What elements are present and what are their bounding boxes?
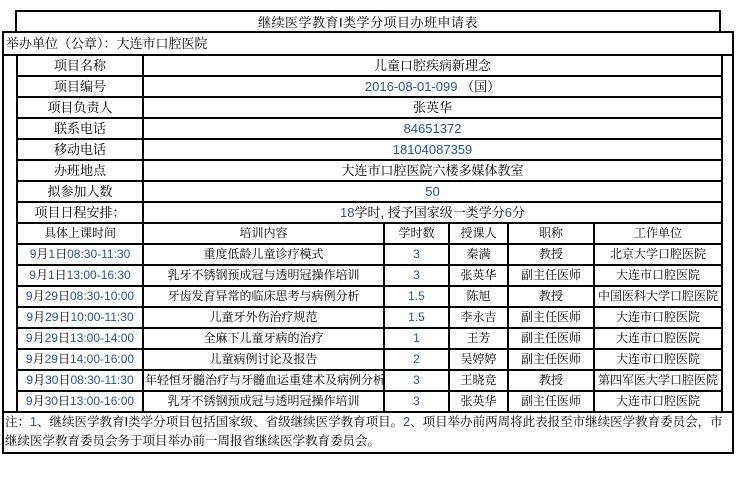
class-content: 乳牙不锈钢预成冠与透明冠操作培训 bbox=[143, 265, 384, 286]
field-row-contact-phone: 联系电话 84651372 bbox=[17, 118, 722, 139]
organizer-line: 举办单位（公章）：大连市口腔医院 bbox=[4, 33, 732, 56]
class-job-title: 教授 bbox=[508, 286, 594, 307]
schedule-row-1: 9月1日08:30-11:30 重度低龄儿童诊疗模式 3 秦满 教授 北京大学口… bbox=[17, 244, 722, 265]
class-time: 9月29日14:00-16:00 bbox=[17, 349, 143, 370]
class-hours: 3 bbox=[384, 244, 449, 265]
class-unit: 大连市口腔医院 bbox=[594, 265, 722, 286]
class-time: 9月29日10:00-11:30 bbox=[17, 307, 143, 328]
footnote: 注：1、继续医学教育Ⅰ类学分项目包括国家级、省级继续医学教育项目。2、项目举办前… bbox=[4, 411, 732, 452]
field-label: 项目名称 bbox=[17, 56, 143, 76]
class-hours: 1 bbox=[384, 328, 449, 349]
class-content: 儿童牙外伤治疗规范 bbox=[143, 307, 384, 328]
field-value: 18104087359 bbox=[143, 139, 722, 160]
class-job-title: 副主任医师 bbox=[508, 328, 594, 349]
field-label: 项目负责人 bbox=[17, 97, 143, 118]
application-form-page: { "title": "继续医学教育I类学分项目办班申请表", "organiz… bbox=[0, 0, 736, 485]
form-body: 举办单位（公章）：大连市口腔医院 项目名称 儿童口腔疾病新理念 项目编号 201… bbox=[2, 31, 734, 454]
class-time: 9月1日13:00-16:30 bbox=[17, 265, 143, 286]
class-content: 全麻下儿童牙病的治疗 bbox=[143, 328, 384, 349]
field-row-project-leader: 项目负责人 张英华 bbox=[17, 97, 722, 118]
class-hours: 1.5 bbox=[384, 286, 449, 307]
class-time: 9月30日08:30-11:30 bbox=[17, 370, 143, 391]
field-value: 儿童口腔疾病新理念 bbox=[143, 56, 722, 76]
class-teacher: 王芳 bbox=[449, 328, 508, 349]
field-value: 2016-08-01-099 （国） bbox=[143, 76, 722, 97]
class-teacher: 陈旭 bbox=[449, 286, 508, 307]
column-header-time: 具体上课时间 bbox=[17, 223, 143, 244]
class-job-title: 副主任医师 bbox=[508, 307, 594, 328]
field-row-expected-attendance: 拟参加人数 50 bbox=[17, 181, 722, 202]
class-unit: 第四军医大学口腔医院 bbox=[594, 370, 722, 391]
class-hours: 2 bbox=[384, 349, 449, 370]
schedule-row-2: 9月1日13:00-16:30 乳牙不锈钢预成冠与透明冠操作培训 3 张英华 副… bbox=[17, 265, 722, 286]
class-time: 9月29日13:00-14:00 bbox=[17, 328, 143, 349]
class-job-title: 副主任医师 bbox=[508, 265, 594, 286]
class-unit: 北京大学口腔医院 bbox=[594, 244, 722, 265]
field-row-project-number: 项目编号 2016-08-01-099 （国） bbox=[17, 76, 722, 97]
schedule-row-5: 9月29日13:00-14:00 全麻下儿童牙病的治疗 1 王芳 副主任医师 大… bbox=[17, 328, 722, 349]
column-header-job-title: 职称 bbox=[508, 223, 594, 244]
field-row-class-location: 办班地点 大连市口腔医院六楼多媒体教室 bbox=[17, 160, 722, 181]
form-title: 继续医学教育I类学分项目办班申请表 bbox=[15, 10, 721, 33]
field-value: 大连市口腔医院六楼多媒体教室 bbox=[143, 160, 722, 181]
field-label: 拟参加人数 bbox=[17, 181, 143, 202]
schedule-row-6: 9月29日14:00-16:00 儿童病例讨论及报告 2 吴婷婷 副主任医师 大… bbox=[17, 349, 722, 370]
field-value: 84651372 bbox=[143, 118, 722, 139]
class-hours: 1.5 bbox=[384, 307, 449, 328]
field-row-mobile-phone: 移动电话 18104087359 bbox=[17, 139, 722, 160]
column-header-unit: 工作单位 bbox=[594, 223, 722, 244]
field-row-project-name: 项目名称 儿童口腔疾病新理念 bbox=[17, 56, 722, 76]
column-header-content: 培训内容 bbox=[143, 223, 384, 244]
class-time: 9月30日13:00-16:00 bbox=[17, 391, 143, 411]
schedule-row-8: 9月30日13:00-16:00 乳牙不锈钢预成冠与透明冠操作培训 3 张英华 … bbox=[17, 391, 722, 411]
field-value: 18学时, 授予国家级一类学分6分 bbox=[143, 202, 722, 223]
class-teacher: 秦满 bbox=[449, 244, 508, 265]
class-job-title: 副主任医师 bbox=[508, 391, 594, 411]
application-table: 项目名称 儿童口腔疾病新理念 项目编号 2016-08-01-099 （国） 项… bbox=[16, 56, 723, 411]
class-job-title: 教授 bbox=[508, 244, 594, 265]
class-job-title: 教授 bbox=[508, 370, 594, 391]
class-unit: 大连市口腔医院 bbox=[594, 328, 722, 349]
field-row-project-schedule: 项目日程安排： 18学时, 授予国家级一类学分6分 bbox=[17, 202, 722, 223]
class-hours: 3 bbox=[384, 391, 449, 411]
field-value: 50 bbox=[143, 181, 722, 202]
field-label: 联系电话 bbox=[17, 118, 143, 139]
schedule-row-7: 9月30日08:30-11:30 年轻恒牙髓治疗与牙髓血运重建术及病例分析 3 … bbox=[17, 370, 722, 391]
class-unit: 中国医科大学口腔医院 bbox=[594, 286, 722, 307]
field-label: 移动电话 bbox=[17, 139, 143, 160]
field-label: 项目编号 bbox=[17, 76, 143, 97]
class-teacher: 吴婷婷 bbox=[449, 349, 508, 370]
class-content: 年轻恒牙髓治疗与牙髓血运重建术及病例分析 bbox=[143, 370, 384, 391]
schedule-header-row: 具体上课时间 培训内容 学时数 授课人 职称 工作单位 bbox=[17, 223, 722, 244]
class-job-title: 副主任医师 bbox=[508, 349, 594, 370]
class-unit: 大连市口腔医院 bbox=[594, 349, 722, 370]
column-header-teacher: 授课人 bbox=[449, 223, 508, 244]
class-content: 儿童病例讨论及报告 bbox=[143, 349, 384, 370]
class-time: 9月1日08:30-11:30 bbox=[17, 244, 143, 265]
class-teacher: 王晓竞 bbox=[449, 370, 508, 391]
class-content: 乳牙不锈钢预成冠与透明冠操作培训 bbox=[143, 391, 384, 411]
class-content: 牙齿发育异常的临床思考与病例分析 bbox=[143, 286, 384, 307]
class-content: 重度低龄儿童诊疗模式 bbox=[143, 244, 384, 265]
schedule-row-3: 9月29日08:30-10:00 牙齿发育异常的临床思考与病例分析 1.5 陈旭… bbox=[17, 286, 722, 307]
column-header-hours: 学时数 bbox=[384, 223, 449, 244]
class-teacher: 张英华 bbox=[449, 391, 508, 411]
field-label: 项目日程安排： bbox=[17, 202, 143, 223]
class-unit: 大连市口腔医院 bbox=[594, 307, 722, 328]
class-teacher: 李永吉 bbox=[449, 307, 508, 328]
class-hours: 3 bbox=[384, 265, 449, 286]
class-teacher: 张英华 bbox=[449, 265, 508, 286]
field-value: 张英华 bbox=[143, 97, 722, 118]
field-label: 办班地点 bbox=[17, 160, 143, 181]
class-hours: 3 bbox=[384, 370, 449, 391]
schedule-row-4: 9月29日10:00-11:30 儿童牙外伤治疗规范 1.5 李永吉 副主任医师… bbox=[17, 307, 722, 328]
class-unit: 大连市口腔医院 bbox=[594, 391, 722, 411]
class-time: 9月29日08:30-10:00 bbox=[17, 286, 143, 307]
